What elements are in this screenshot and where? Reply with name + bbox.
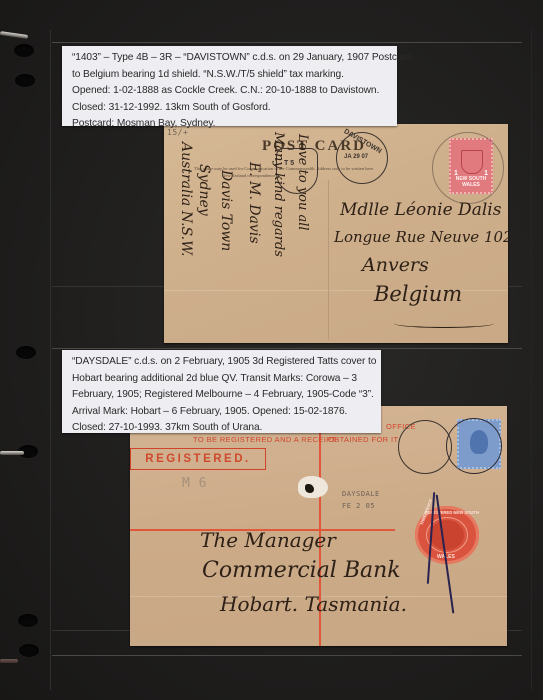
message-line: Love to you all — [295, 134, 310, 231]
postcard-divider — [328, 180, 329, 340]
binder-hole — [14, 44, 34, 57]
label-line: Hobart bearing additional 2d blue QV. Tr… — [72, 371, 372, 388]
pencil-note: FE 2 05 — [342, 502, 375, 510]
message-line: Australia N.S.W. — [178, 142, 194, 256]
binder-ring — [0, 31, 28, 39]
label-line: February, 1905; Registered Melbourne – 4… — [72, 387, 372, 404]
postcard: POST CARD This space may be used for Com… — [164, 124, 508, 343]
pencil-scribble: M 6 — [182, 476, 207, 491]
address-line: Mdlle Léonie Dalis — [340, 200, 501, 220]
label-line: Closed: 31-12-1992. 13km South of Gosfor… — [72, 100, 388, 117]
address-line: The Manager — [200, 528, 336, 552]
envelope-tear — [298, 476, 328, 498]
label-line: “DAYSDALE” c.d.s. on 2 February, 1905 3d… — [72, 354, 372, 371]
embossed-threepence-oval: REGISTERED NEW SOUTH WALES THREEPENCE — [415, 506, 479, 564]
description-label-2: “DAYSDALE” c.d.s. on 2 February, 1905 3d… — [62, 350, 381, 433]
pencil-note: DAYSDALE — [342, 490, 380, 498]
binder-hole — [15, 74, 35, 87]
binder-hole — [18, 614, 38, 627]
strip-mount-bottom — [52, 655, 522, 656]
daysdale-postmark — [398, 420, 452, 474]
address-line: Anvers — [362, 254, 429, 276]
message-line: Davis Town — [218, 170, 234, 251]
label-line: Closed: 27-10-1993. 37km South of Urana. — [72, 420, 372, 437]
stamp-cancel-postmark — [446, 418, 502, 474]
embossed-portrait — [430, 520, 464, 550]
address-line: Hobart. Tasmania. — [220, 592, 407, 616]
strip-mount-line — [52, 348, 522, 349]
address-line: Commercial Bank — [202, 558, 401, 583]
registered-envelope: OFFICE TO BE REGISTERED AND A RECEIPT OB… — [130, 406, 507, 646]
registered-box: REGISTERED. — [130, 448, 266, 470]
message-line: Sydney — [196, 164, 212, 216]
binder-ring — [0, 451, 24, 455]
label-line: Arrival Mark: Hobart – 6 February, 1905.… — [72, 404, 372, 421]
address-line: Longue Rue Neuve 102 — [334, 228, 508, 246]
message-line: Many kind regards — [271, 132, 286, 257]
label-line: “1403” – Type 4B – 3R – “DAVISTOWN” c.d.… — [72, 50, 388, 67]
label-line: to Belgium bearing 1d shield. “N.S.W./T/… — [72, 67, 388, 84]
album-page: “1403” – Type 4B – 3R – “DAVISTOWN” c.d.… — [0, 0, 543, 700]
binder-hole — [19, 644, 39, 657]
binder-hole — [16, 346, 36, 359]
address-line: Belgium — [374, 282, 462, 306]
postmark-date: JA 29 07 — [344, 154, 368, 160]
label-line: Opened: 1-02-1888 as Cockle Creek. C.N.:… — [72, 83, 388, 100]
cancel-postmark — [432, 132, 504, 204]
strip-mount-top — [52, 42, 522, 43]
message-line: E. M. Davis — [246, 162, 262, 244]
description-label-1: “1403” – Type 4B – 3R – “DAVISTOWN” c.d.… — [62, 46, 397, 126]
binder-ring — [0, 659, 18, 663]
underline-flourish — [394, 319, 494, 328]
label-line: Postcard: Mosman Bay, Sydney. — [72, 116, 388, 133]
